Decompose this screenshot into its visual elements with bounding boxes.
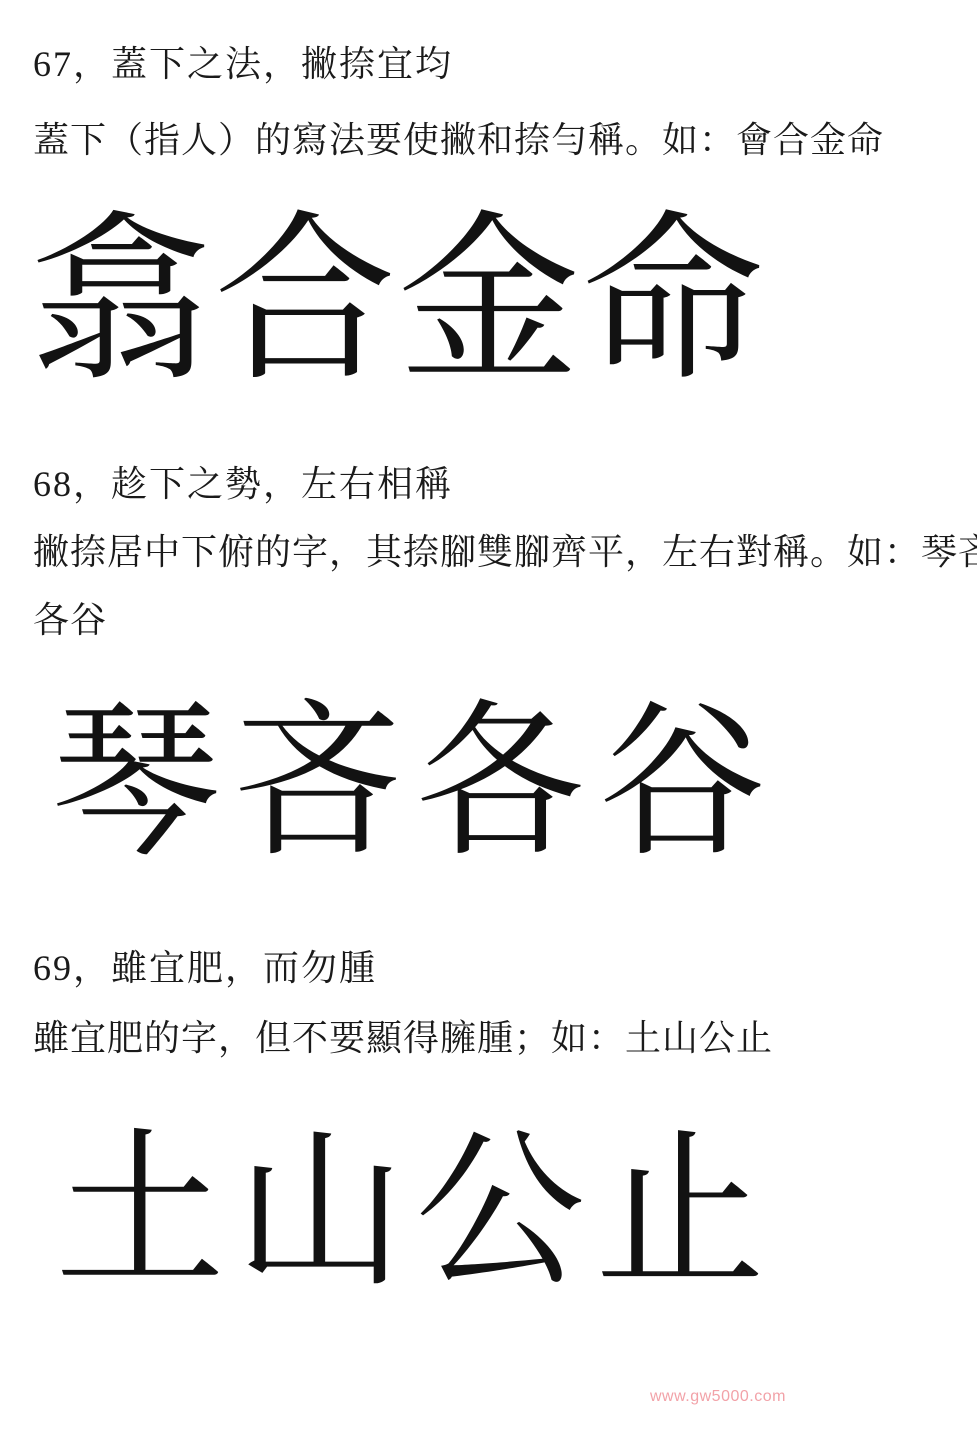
section-68-body-line-1: 撇捺居中下俯的字，其捺腳雙腳齊平，左右對稱。如：琴吝 bbox=[33, 524, 977, 575]
calligraphy-char: 谷 bbox=[598, 700, 766, 868]
calligraphy-char: 山 bbox=[235, 1128, 405, 1298]
calligraphy-char: 各 bbox=[416, 700, 584, 868]
calligraphy-char: 吝 bbox=[234, 700, 402, 868]
calligraphy-char: 命 bbox=[582, 212, 764, 394]
section-68-heading: 68，趁下之勢，左右相稱 bbox=[33, 456, 453, 507]
document-page: 67，蓋下之法，撇捺宜均 蓋下（指人）的寫法要使撇和捺勻稱。如：會合金命 翕 合… bbox=[0, 0, 977, 1434]
calligraphy-char: 翕 bbox=[30, 212, 212, 394]
calligraphy-char: 金 bbox=[398, 212, 580, 394]
calligraphy-char: 公 bbox=[415, 1128, 585, 1298]
section-69-heading: 69，雖宜肥，而勿腫 bbox=[33, 940, 377, 991]
calligraphy-char: 琴 bbox=[52, 700, 220, 868]
calligraphy-char: 土 bbox=[55, 1128, 225, 1298]
calligraphy-char: 合 bbox=[214, 212, 396, 394]
section-68-body-line-2: 各谷 bbox=[33, 592, 107, 643]
section-69-calligraphy-row: 土 山 公 止 bbox=[55, 1128, 765, 1298]
section-69-body-line: 雖宜肥的字，但不要顯得臃腫；如：土山公止 bbox=[33, 1010, 773, 1061]
watermark-url-text: www.gw5000.com bbox=[650, 1388, 786, 1406]
section-67-heading: 67，蓋下之法，撇捺宜均 bbox=[33, 36, 453, 87]
section-67-calligraphy-row: 翕 合 金 命 bbox=[30, 212, 764, 394]
calligraphy-char: 止 bbox=[595, 1128, 765, 1298]
section-68-calligraphy-row: 琴 吝 各 谷 bbox=[52, 700, 766, 868]
section-67-body-line: 蓋下（指人）的寫法要使撇和捺勻稱。如：會合金命 bbox=[33, 112, 884, 163]
